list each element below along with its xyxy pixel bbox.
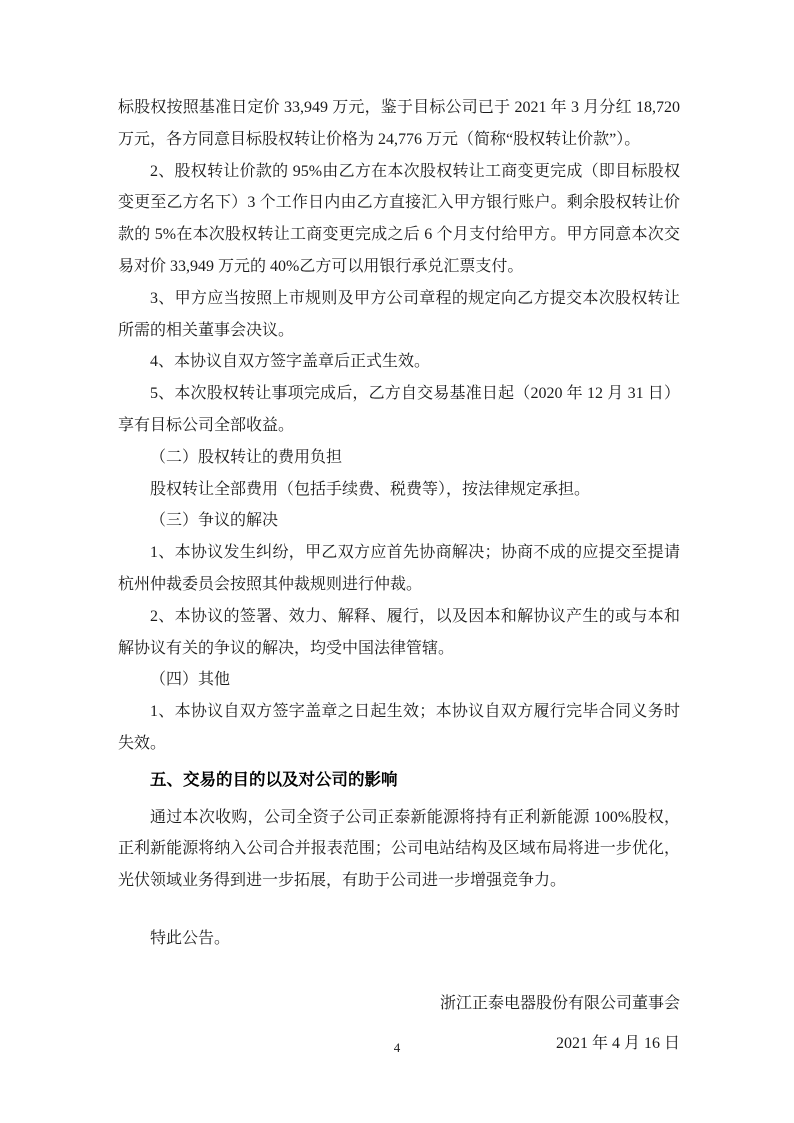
subsection-heading-others: （四）其他 (118, 664, 680, 696)
paragraph-fees: 股权转让全部费用（包括手续费、税费等），按法律规定承担。 (118, 474, 680, 506)
paragraph-benefit-date: 5、本次股权转让事项完成后，乙方自交易基准日起（2020 年 12 月 31 日… (118, 378, 680, 442)
paragraph-payment-terms: 2、股权转让价款的 95%由乙方在本次股权转让工商变更完成（即目标股权变更至乙方… (118, 156, 680, 283)
paragraph-effectiveness: 4、本协议自双方签字盖章后正式生效。 (118, 346, 680, 378)
paragraph-arbitration: 1、本协议发生纠纷，甲乙双方应首先协商解决；协商不成的应提交至提请杭州仲裁委员会… (118, 537, 680, 601)
document-page: 标股权按照基准日定价 33,949 万元，鉴于目标公司已于 2021 年 3 月… (0, 0, 794, 1123)
paragraph-validity: 1、本协议自双方签字盖章之日起生效；本协议自双方履行完毕合同义务时失效。 (118, 696, 680, 760)
section-heading-purpose: 五、交易的目的以及对公司的影响 (118, 765, 680, 797)
page-number: 4 (0, 1040, 794, 1056)
paragraph-price-continuation: 标股权按照基准日定价 33,949 万元，鉴于目标公司已于 2021 年 3 月… (118, 92, 680, 156)
document-body: 标股权按照基准日定价 33,949 万元，鉴于目标公司已于 2021 年 3 月… (118, 92, 680, 1059)
paragraph-governing-law: 2、本协议的签署、效力、解释、履行，以及因本和解协议产生的或与本和解协议有关的争… (118, 601, 680, 665)
paragraph-purpose: 通过本次收购，公司全资子公司正泰新能源将持有正利新能源 100%股权，正利新能源… (118, 802, 680, 897)
subsection-heading-fees: （二）股权转让的费用负担 (118, 442, 680, 474)
subsection-heading-disputes: （三）争议的解决 (118, 505, 680, 537)
signature-company: 浙江正泰电器股份有限公司董事会 (118, 988, 680, 1020)
closing-note: 特此公告。 (118, 923, 680, 955)
paragraph-board-resolution: 3、甲方应当按照上市规则及甲方公司章程的规定向乙方提交本次股权转让所需的相关董事… (118, 283, 680, 347)
